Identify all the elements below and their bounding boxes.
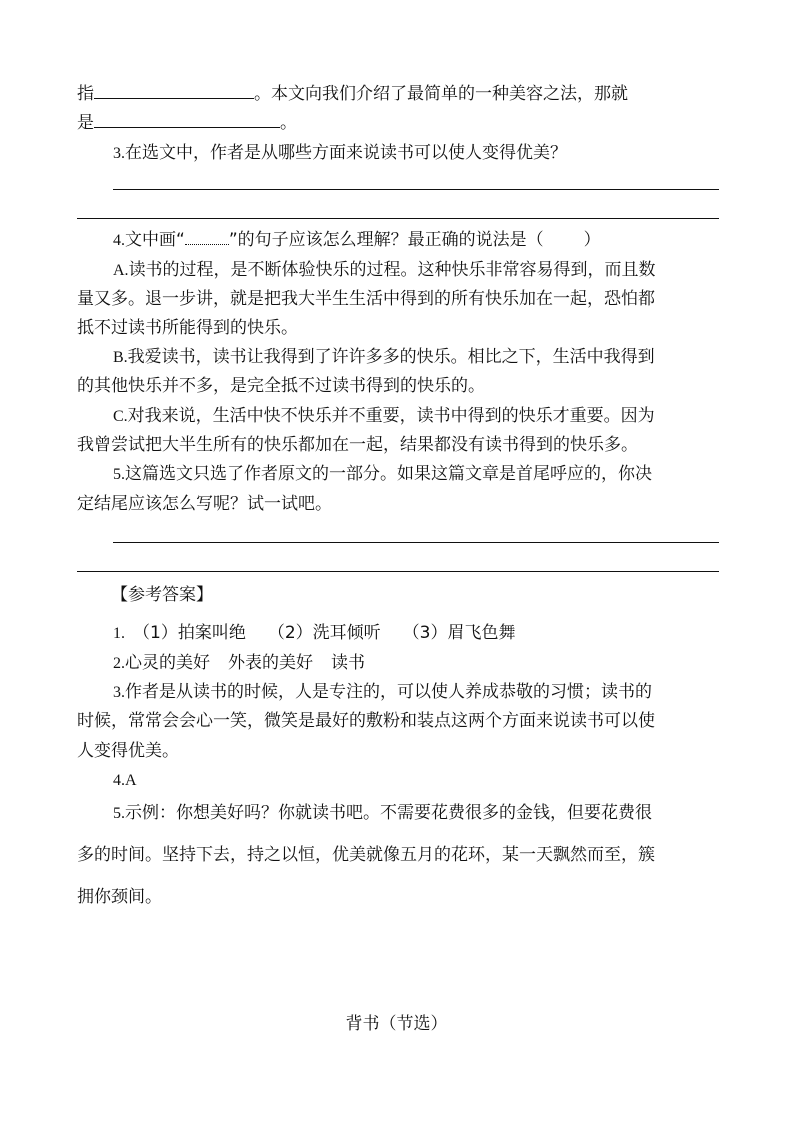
answer-blank[interactable] (94, 82, 254, 99)
option-c-label: C. (113, 408, 128, 425)
option-text: 读书的过程，是不断体验快乐的过程。这种快乐非常容易得到，而且数 (129, 260, 656, 280)
a1-label: 1. (113, 625, 125, 642)
a3-text: 作者是从读书的时候，人是专注的，可以使人养成恭敬的习惯；读书的 (125, 682, 652, 702)
option-b-line1: B.我爱读书，读书让我得到了许许多多的快乐。相比之下，生活中我得到 (113, 345, 719, 370)
a2-item: 读书 (331, 653, 365, 673)
q2-tail-line1: 指。本文向我们介绍了最简单的一种美容之法，那就 (77, 82, 719, 106)
answer-blank[interactable] (94, 111, 280, 128)
next-section-title: 背书（节选） (0, 1009, 793, 1034)
answer-4: 4.A (113, 768, 719, 793)
answer-line[interactable] (77, 571, 719, 572)
option-c-line2: 我曾尝试把大半生所有的快乐都加在一起，结果都没有读书得到的快乐多。 (77, 433, 719, 457)
option-a-label: A. (113, 262, 129, 279)
option-a-line1: A.读书的过程，是不断体验快乐的过程。这种快乐非常容易得到，而且数 (113, 258, 719, 283)
a5-label: 5. (113, 805, 125, 822)
a4-label: 4. (113, 772, 125, 789)
answer-3-line2: 时候，常常会会心一笑，微笑是最好的敷粉和装点这两个方面来说读书可以使 (77, 709, 719, 733)
q4-text-after: ”的句子应该怎么理解？最正确的说法是（ (229, 230, 544, 250)
option-b-line2: 的其他快乐并不多，是完全抵不过读书得到的快乐的。 (77, 374, 719, 398)
answers-heading: 【参考答案】 (111, 583, 753, 607)
a3-label: 3. (113, 684, 125, 701)
answer-5-line2: 多的时间。坚持下去，持之以恒，优美就像五月的花环，某一天飘然而至，簇 (77, 843, 719, 867)
a2-item: 外表的美好 (228, 653, 313, 673)
answer-2: 2.心灵的美好外表的美好读书 (113, 651, 719, 676)
answer-3-line3: 人变得优美。 (77, 739, 719, 763)
a4-text: A (125, 772, 137, 789)
answer-line[interactable] (113, 189, 719, 190)
q5-text: 这篇选文只选了作者原文的一部分。如果这篇文章是首尾呼应的，你决 (125, 464, 652, 484)
q2-suffix: 。本文向我们介绍了最简单的一种美容之法，那就 (254, 84, 628, 104)
q4-close-paren: ） (584, 230, 601, 250)
q3-label: 3. (113, 145, 125, 162)
question-4: 4.文中画“”的句子应该怎么理解？最正确的说法是（） (113, 228, 719, 253)
q5-label: 5. (113, 466, 125, 483)
question-3: 3.在选文中，作者是从哪些方面来说读书可以使人变得优美？ (113, 141, 719, 166)
answer-line[interactable] (77, 218, 719, 219)
a1-item: （3）眉飞色舞 (403, 623, 516, 643)
q2-suffix-2: 。 (280, 113, 297, 133)
a1-item: （2）洗耳倾听 (268, 623, 381, 643)
option-b-label: B. (113, 349, 128, 366)
option-text: 对我来说，生活中快不快乐并不重要，读书中得到的快乐才重要。因为 (128, 406, 655, 426)
answer-line[interactable] (113, 542, 719, 543)
a2-label: 2. (113, 655, 125, 672)
answer-3-line1: 3.作者是从读书的时候，人是专注的，可以使人养成恭敬的习惯；读书的 (113, 680, 719, 705)
q4-label: 4. (113, 232, 125, 249)
wavy-underline-mark (185, 234, 229, 245)
option-text: 我爱读书，读书让我得到了许许多多的快乐。相比之下，生活中我得到 (128, 347, 655, 367)
answer-5-line3: 拥你颈间。 (77, 885, 719, 909)
option-a-line2: 量又多。退一步讲，就是把我大半生生活中得到的所有快乐加在一起，恐怕都 (77, 287, 719, 311)
q2-tail-line2: 是。 (77, 111, 719, 135)
option-c-line1: C.对我来说，生活中快不快乐并不重要，读书中得到的快乐才重要。因为 (113, 404, 719, 429)
q3-text: 在选文中，作者是从哪些方面来说读书可以使人变得优美？ (125, 143, 567, 163)
answer-5-line1: 5.示例：你想美好吗？你就读书吧。不需要花费很多的金钱，但要花费很 (113, 801, 719, 826)
a5-text: 示例：你想美好吗？你就读书吧。不需要花费很多的金钱，但要花费很 (125, 803, 652, 823)
question-5-line1: 5.这篇选文只选了作者原文的一部分。如果这篇文章是首尾呼应的，你决 (113, 462, 719, 487)
a2-item: 心灵的美好 (125, 653, 210, 673)
q2-prefix-2: 是 (77, 113, 94, 133)
question-5-line2: 定结尾应该怎么写呢？试一试吧。 (77, 492, 719, 516)
answer-1: 1.（1）拍案叫绝（2）洗耳倾听（3）眉飞色舞 (113, 621, 719, 646)
option-a-line3: 抵不过读书所能得到的快乐。 (77, 316, 719, 340)
a1-item: （1）拍案叫绝 (133, 623, 246, 643)
q2-prefix: 指 (77, 84, 94, 104)
q4-text-before: 文中画“ (125, 230, 185, 250)
